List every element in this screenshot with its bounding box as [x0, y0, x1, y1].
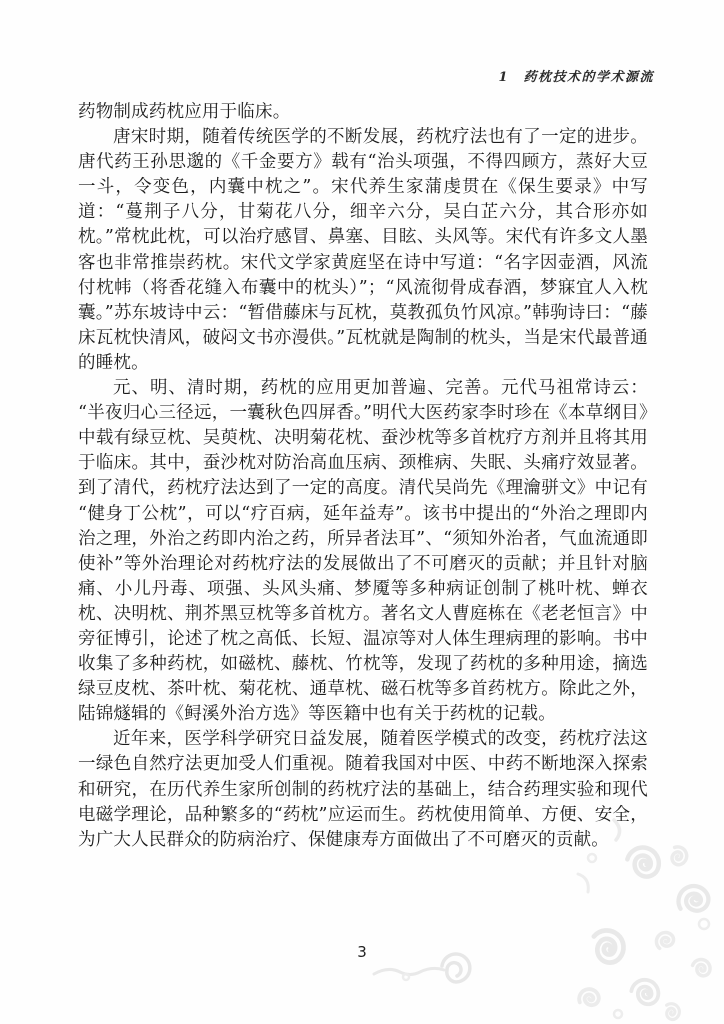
chapter-title: 药枕技术的学术源流	[523, 70, 654, 85]
paragraph-continuation: 药物制成药枕应用于临床。	[78, 100, 648, 125]
chapter-number: 1	[498, 70, 507, 85]
paragraph: 唐宋时期，随着传统医学的不断发展，药枕疗法也有了一定的进步。唐代药王孙思邈的《千…	[78, 125, 648, 376]
paragraph: 元、明、清时期，药枕的应用更加普遍、完善。元代马祖常诗云：“半夜归心三径远，一囊…	[78, 376, 648, 727]
body-text: 药物制成药枕应用于临床。 唐宋时期，随着传统医学的不断发展，药枕疗法也有了一定的…	[78, 100, 648, 853]
cloud-swirl-icon	[372, 948, 482, 984]
running-header: 1药枕技术的学术源流	[498, 66, 654, 85]
cloud-swirl-ornament-icon	[514, 814, 724, 1024]
book-page: 1药枕技术的学术源流 药物制成药枕应用于临床。 唐宋时期，随着传统医学的不断发展…	[0, 0, 724, 1024]
